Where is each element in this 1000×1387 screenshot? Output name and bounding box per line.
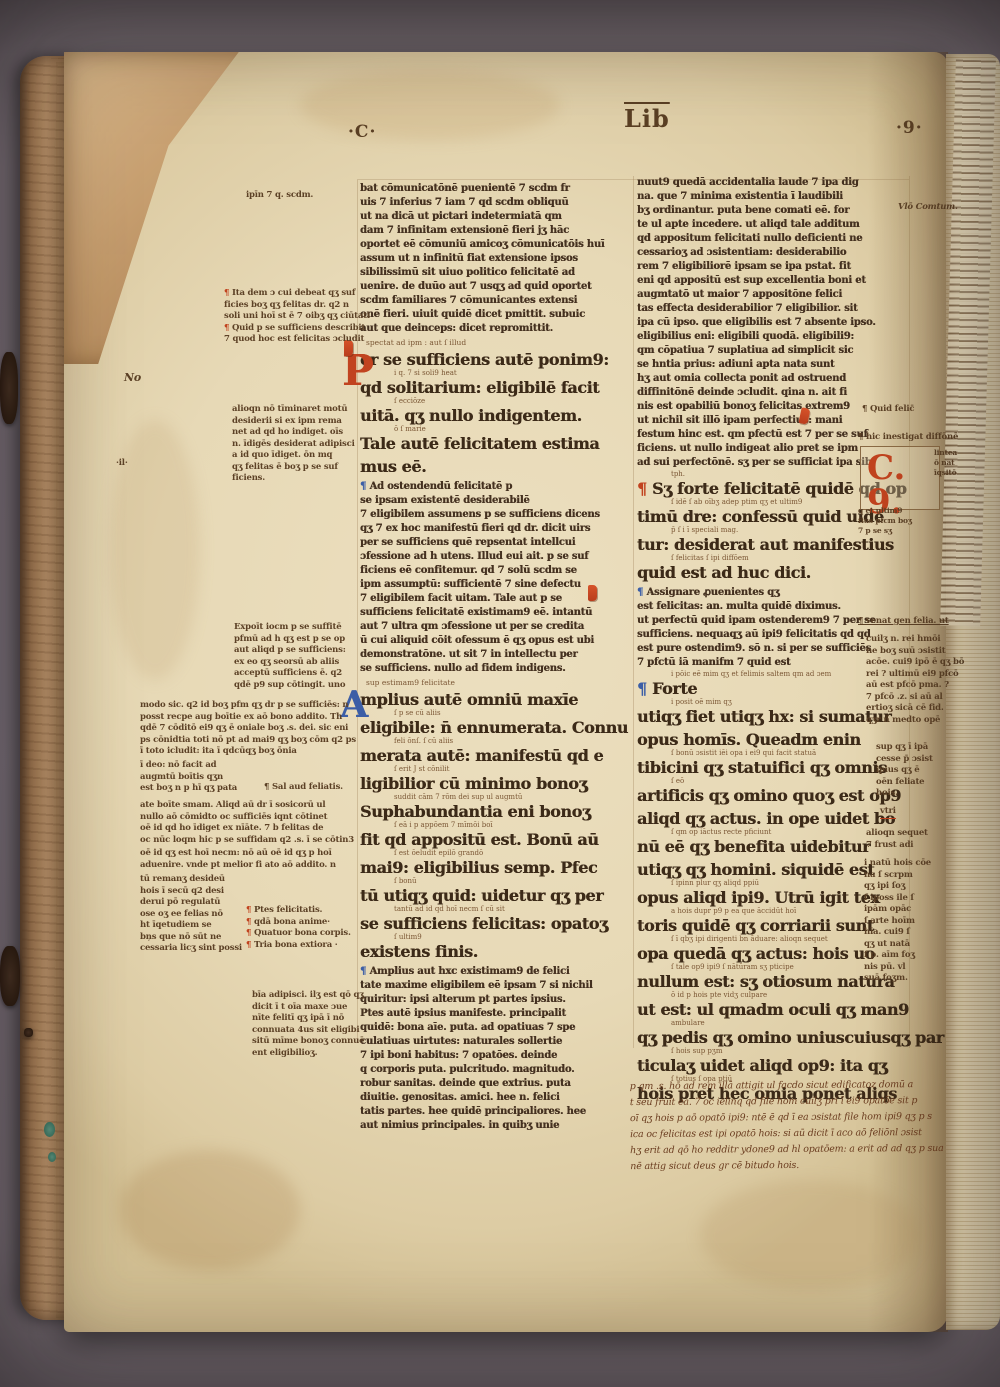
chapter-gloss-below: q et ultim9 fius pfcm boʒ 7 p se sʒ	[858, 506, 968, 536]
running-header-right: ·9·	[896, 118, 923, 138]
margin-note-title: ¶ venat gen felia. ut	[858, 616, 949, 628]
margin-gloss-block: tū remanʒ desideū hois ī secū q2 desi de…	[140, 874, 256, 955]
clasp-remnant-lower	[0, 946, 20, 1006]
margin-note: ¶ Quid felic̄	[862, 404, 914, 416]
margin-note: ¶ Sal aud feliatis.	[264, 782, 343, 794]
margin-note: ¶ Ita dem ɔ cui debeat qʒ sufficies boʒ …	[224, 288, 356, 346]
clasp-remnant-upper	[0, 352, 18, 424]
margin-note-underlined: vtri	[880, 806, 896, 819]
bottom-addition-note: p qm .s. hō ad rem illā attigit ul facdo…	[630, 1077, 947, 1175]
interlinear-gloss: sup estimam9 felicitate	[360, 678, 636, 688]
margin-note: cuilʒ n. rei hmōi ne boʒ suū ɔsistit acō…	[866, 634, 966, 726]
margin-note: ipīn 7 q. scdm.	[246, 190, 313, 202]
parts-of-happiness-list: ¶ Ptes felicitatis.¶ qdā bona anime·¶ Qu…	[246, 905, 376, 951]
margin-gloss-block: modo sic. q2 id boʒ pfm qʒ dr p se suffi…	[140, 700, 376, 758]
margin-gloss-block: bīa adipisci. ilʒ est qō qʒ dicit ī t oī…	[252, 990, 392, 1059]
chapter-gloss-right: lintea ō nat īqsitō	[934, 448, 994, 478]
text-column-1: bat cōmunicatōnē puenientē 7 scdm fruis …	[360, 182, 636, 1135]
chapter-number-box: C. 9.	[860, 446, 940, 510]
margin-note: Vlō Comtum.	[898, 202, 958, 214]
margin-note: alioqn nō tīminaret motū desiderii si ex…	[232, 404, 362, 485]
margin-gloss-block: ī deo: nō facit ad augmtū boītis qʒn est…	[140, 760, 256, 795]
lemma-per-se-sufficiens: P er se sufficiens autē ponim9:i q. 7 si…	[360, 348, 636, 478]
green-stain-1	[44, 1122, 55, 1137]
margin-gloss-block: ate boīte smam. Aliqd aū dr ī sosicorū u…	[140, 800, 376, 846]
margin-note: i natū hois cōe na ſ scrpm qʒ ipi ſoʒ ſ …	[864, 858, 964, 985]
commentary-paragraph: ¶ Ad ostendendū felicitatē pse ipsam exi…	[360, 480, 636, 676]
red-paraph-flag	[588, 585, 597, 601]
margin-gloss-block: oē id qʒ est hoī necm: nō aū oē id qʒ p …	[140, 848, 376, 871]
margin-mark-il: ·il·	[116, 458, 128, 470]
commentary-paragraph: ¶ Amplius aut hxc existimam9 de felicita…	[360, 965, 636, 1133]
commentary-paragraph: bat cōmunicatōnē puenientē 7 scdm fruis …	[360, 182, 636, 336]
green-stain-2	[48, 1152, 56, 1162]
manuscript-photo: ·C· Lib ·9· bat cōmunicatōnē puenientē 7…	[0, 0, 1000, 1387]
lemma-amplius: A mplius autē omniū maxīeſ p se cū aliis…	[360, 688, 636, 963]
nail-dot	[24, 1028, 33, 1037]
margin-note: sup qʒ ī ipā cesse p̄ ɔsist ipius qʒ ē o…	[876, 742, 966, 800]
margin-note: alioqn sequet 7 frust adi	[866, 828, 966, 851]
running-header-left: ·C·	[348, 122, 376, 142]
commentary-paragraph: nuut9 quedā accidentalia laude 7 ipa dig…	[637, 176, 913, 470]
chapter-gloss-above: ¶ hic inestigat diffōnē	[858, 432, 978, 444]
running-header-book-number: Lib	[624, 104, 670, 133]
margin-note: Expoīt iocm p se suffitē pfmū ad h qʒ es…	[234, 622, 368, 691]
rubric-gloss: spectat ad ipm : aut ſ illud	[360, 338, 636, 348]
margin-mark-no: No	[124, 372, 141, 384]
